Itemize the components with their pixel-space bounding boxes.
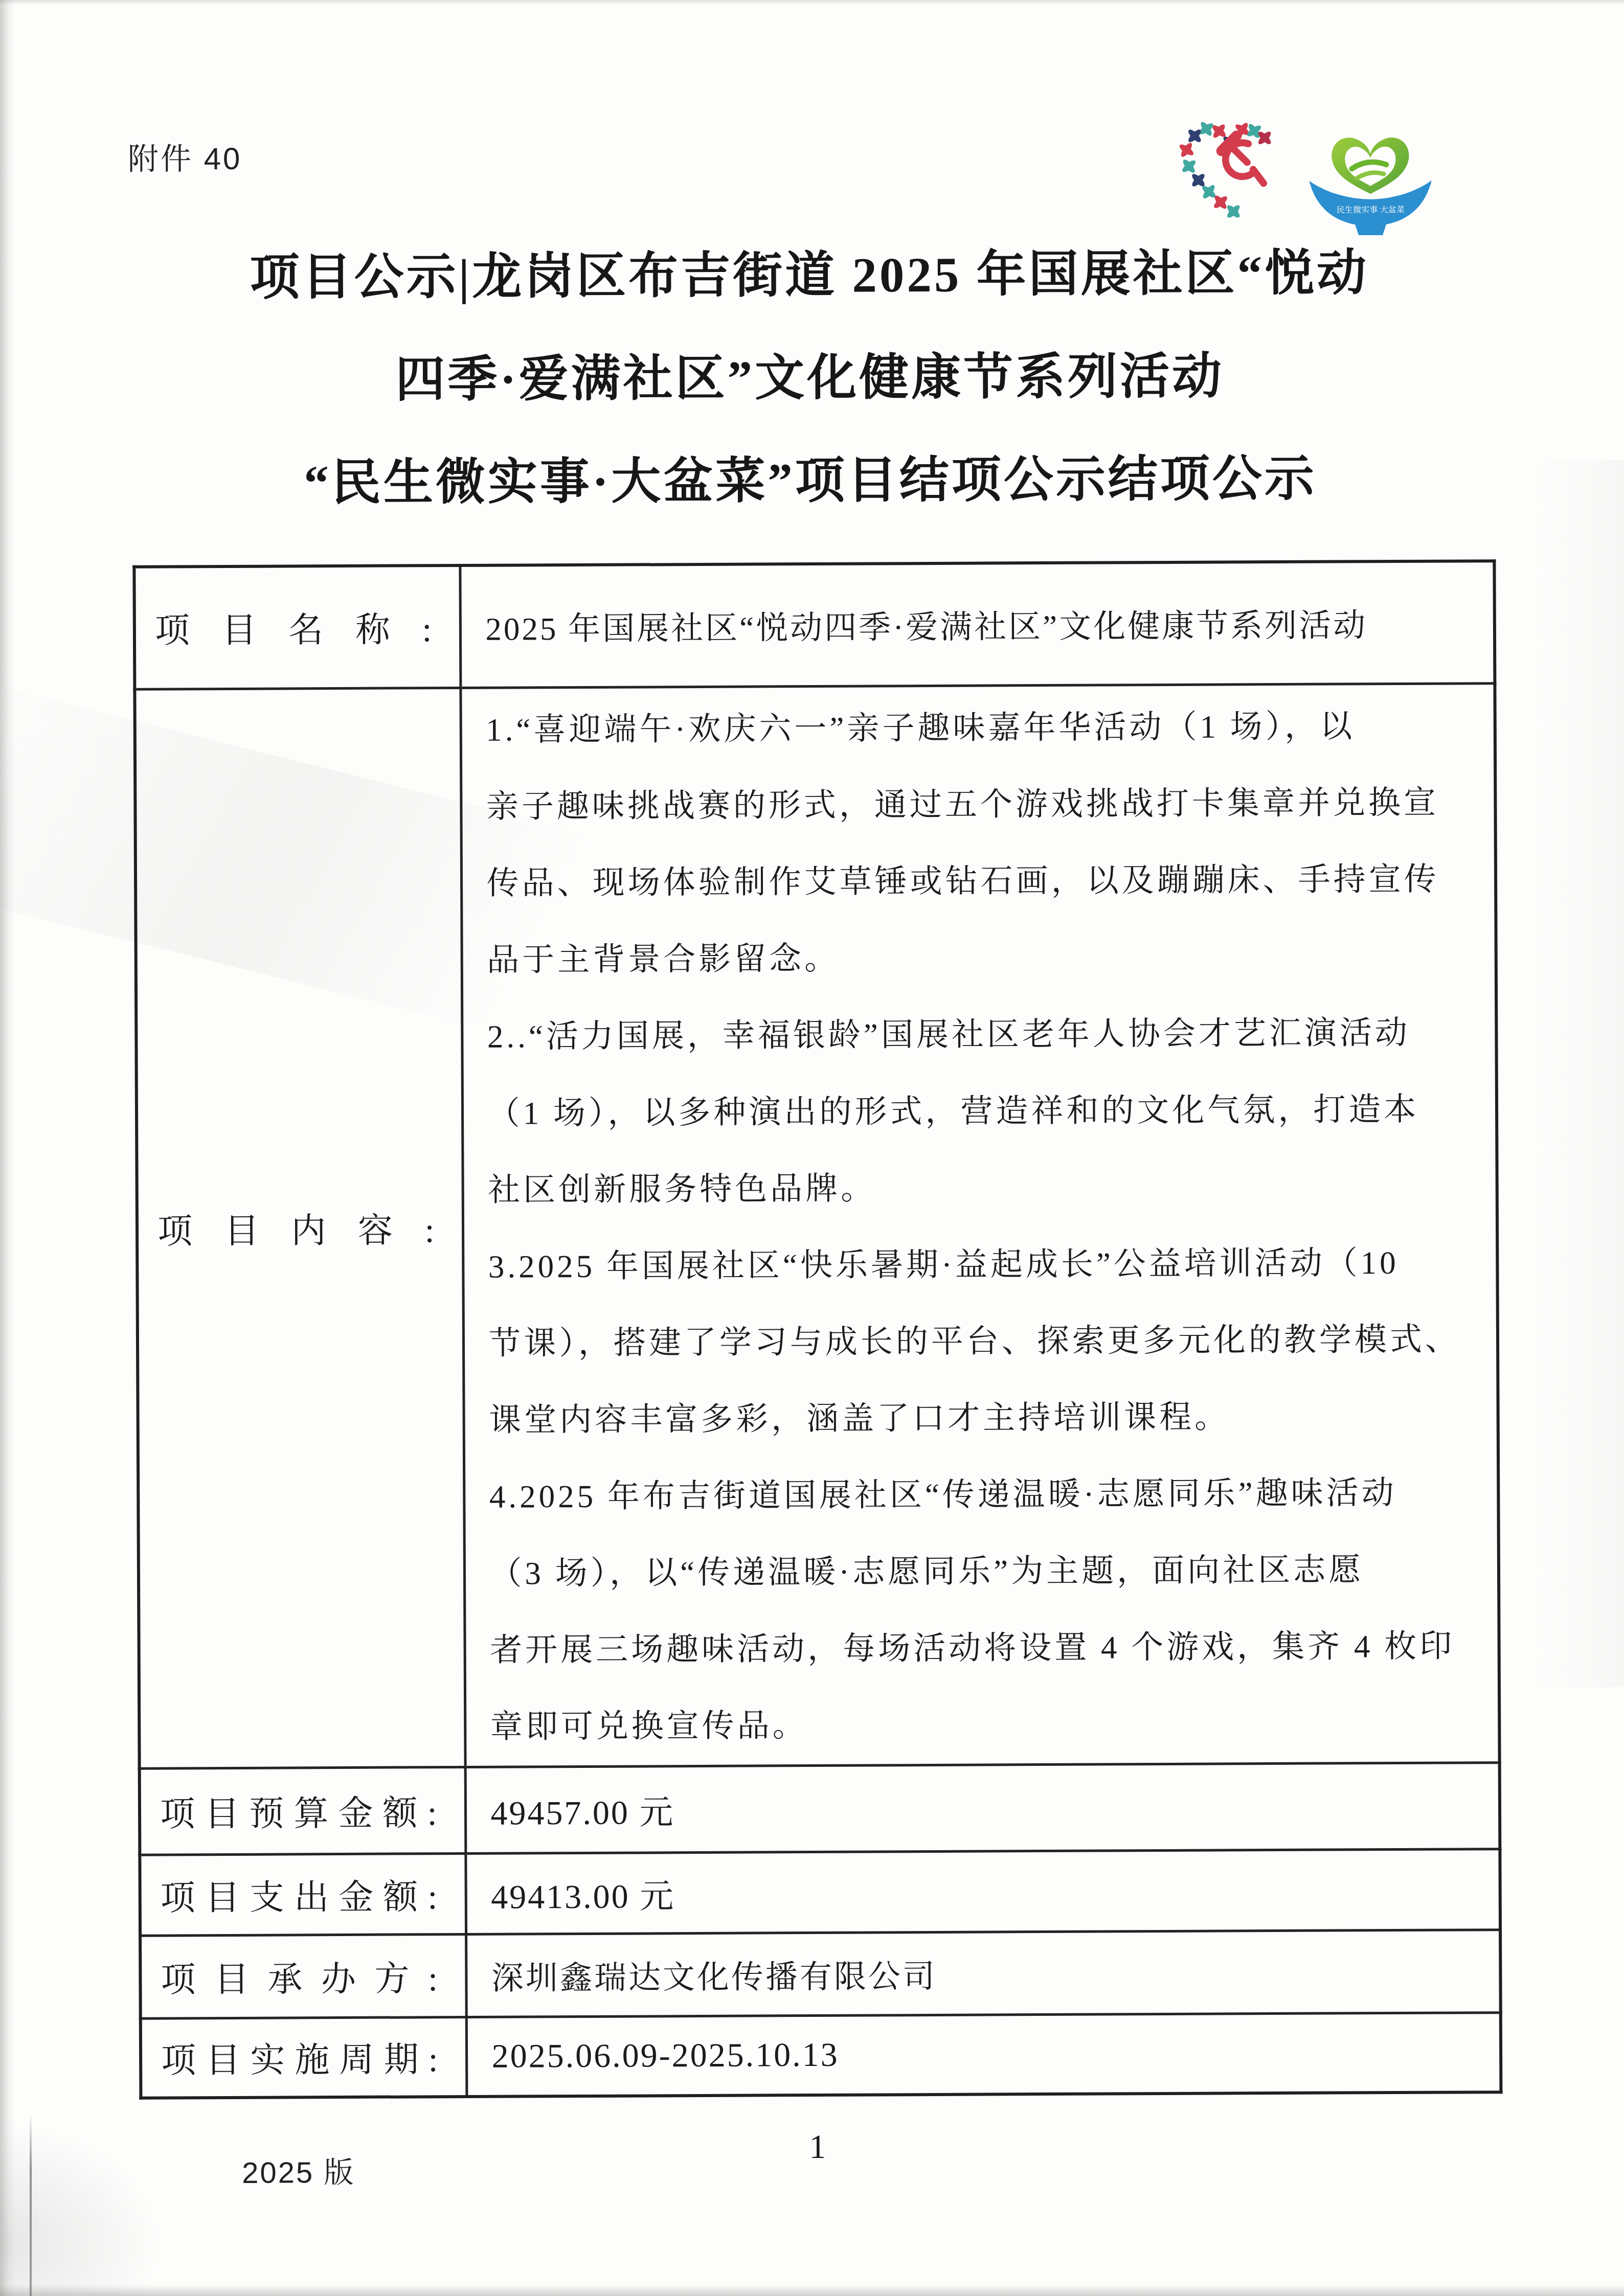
title-line-3: “民生微实事·大盆菜”项目结项公示结项公示 bbox=[0, 426, 1622, 536]
attachment-number-label: 附件 40 bbox=[128, 134, 242, 179]
organizer-value-cell: 深圳鑫瑞达文化传播有限公司 bbox=[466, 1929, 1501, 2017]
project-content-value: 1.“喜迎端午·欢庆六一”亲子趣味嘉年华活动（1 场），以 亲子趣味挑战赛的形式… bbox=[462, 685, 1498, 1765]
title-line-1: 项目公示|龙岗区布吉街道 2025 年国展社区“悦动 bbox=[0, 220, 1621, 330]
project-content-label-cell: 项目内容: bbox=[134, 688, 465, 1768]
period-label-cell: 项目实施周期: bbox=[141, 2017, 467, 2098]
spend-label: 项目支出金额: bbox=[142, 1869, 464, 1920]
table-row-implementation-period: 项目实施周期: 2025.06.09-2025.10.13 bbox=[141, 2012, 1501, 2098]
table-row-organizer: 项目承办方: 深圳鑫瑞达文化传播有限公司 bbox=[140, 1929, 1501, 2018]
table-row-project-content: 项目内容: 1.“喜迎端午·欢庆六一”亲子趣味嘉年华活动（1 场），以 亲子趣味… bbox=[134, 683, 1499, 1768]
footer-page-number: 1 bbox=[6, 2124, 1624, 2170]
party-heart-logo-icon bbox=[1170, 115, 1290, 232]
project-name-label: 项目名称: bbox=[137, 602, 459, 653]
budget-label-cell: 项目预算金额: bbox=[140, 1767, 466, 1855]
period-value-cell: 2025.06.09-2025.10.13 bbox=[466, 2012, 1501, 2097]
budget-value-cell: 49457.00 元 bbox=[465, 1762, 1500, 1853]
bowl-slogan-text: 民生微实事 大盆菜 bbox=[1337, 205, 1405, 215]
document-content: 附件 40 bbox=[0, 0, 1624, 2296]
project-name-label-cell: 项目名称: bbox=[134, 565, 460, 689]
green-heart bbox=[1332, 138, 1409, 194]
budget-value: 49457.00 元 bbox=[467, 1781, 1498, 1834]
project-name-value-cell: 2025 年国展社区“悦动四季·爱满社区”文化健康节系列活动 bbox=[460, 561, 1495, 688]
organizer-label-cell: 项目承办方: bbox=[140, 1934, 466, 2018]
table-row-project-name: 项目名称: 2025 年国展社区“悦动四季·爱满社区”文化健康节系列活动 bbox=[134, 561, 1495, 689]
period-label: 项目实施周期: bbox=[143, 2032, 465, 2083]
budget-label: 项目预算金额: bbox=[142, 1785, 464, 1836]
organizer-value: 深圳鑫瑞达文化传播有限公司 bbox=[468, 1948, 1499, 1999]
dapencai-bowl-logo-icon: 民生微实事 大盆菜 bbox=[1303, 114, 1438, 238]
scanned-document-page: 附件 40 bbox=[0, 0, 1624, 2296]
spend-value-cell: 49413.00 元 bbox=[465, 1849, 1500, 1934]
period-value: 2025.06.09-2025.10.13 bbox=[468, 2033, 1499, 2076]
project-name-value: 2025 年国展社区“悦动四季·爱满社区”文化健康节系列活动 bbox=[462, 599, 1493, 650]
spend-value: 49413.00 元 bbox=[467, 1865, 1498, 1918]
spend-label-cell: 项目支出金额: bbox=[140, 1853, 466, 1936]
document-title: 项目公示|龙岗区布吉街道 2025 年国展社区“悦动 四季·爱满社区”文化健康节… bbox=[0, 220, 1622, 536]
table-row-budget-amount: 项目预算金额: 49457.00 元 bbox=[140, 1762, 1500, 1855]
organizer-label: 项目承办方: bbox=[142, 1950, 464, 2002]
project-info-table: 项目名称: 2025 年国展社区“悦动四季·爱满社区”文化健康节系列活动 项目内… bbox=[132, 559, 1502, 2100]
table-row-spend-amount: 项目支出金额: 49413.00 元 bbox=[140, 1849, 1500, 1936]
project-content-label: 项目内容: bbox=[139, 1202, 461, 1254]
title-line-2: 四季·爱满社区”文化健康节系列活动 bbox=[0, 323, 1622, 433]
hammer-sickle-icon bbox=[1222, 135, 1264, 184]
project-content-value-cell: 1.“喜迎端午·欢庆六一”亲子趣味嘉年华活动（1 场），以 亲子趣味挑战赛的形式… bbox=[460, 683, 1499, 1767]
